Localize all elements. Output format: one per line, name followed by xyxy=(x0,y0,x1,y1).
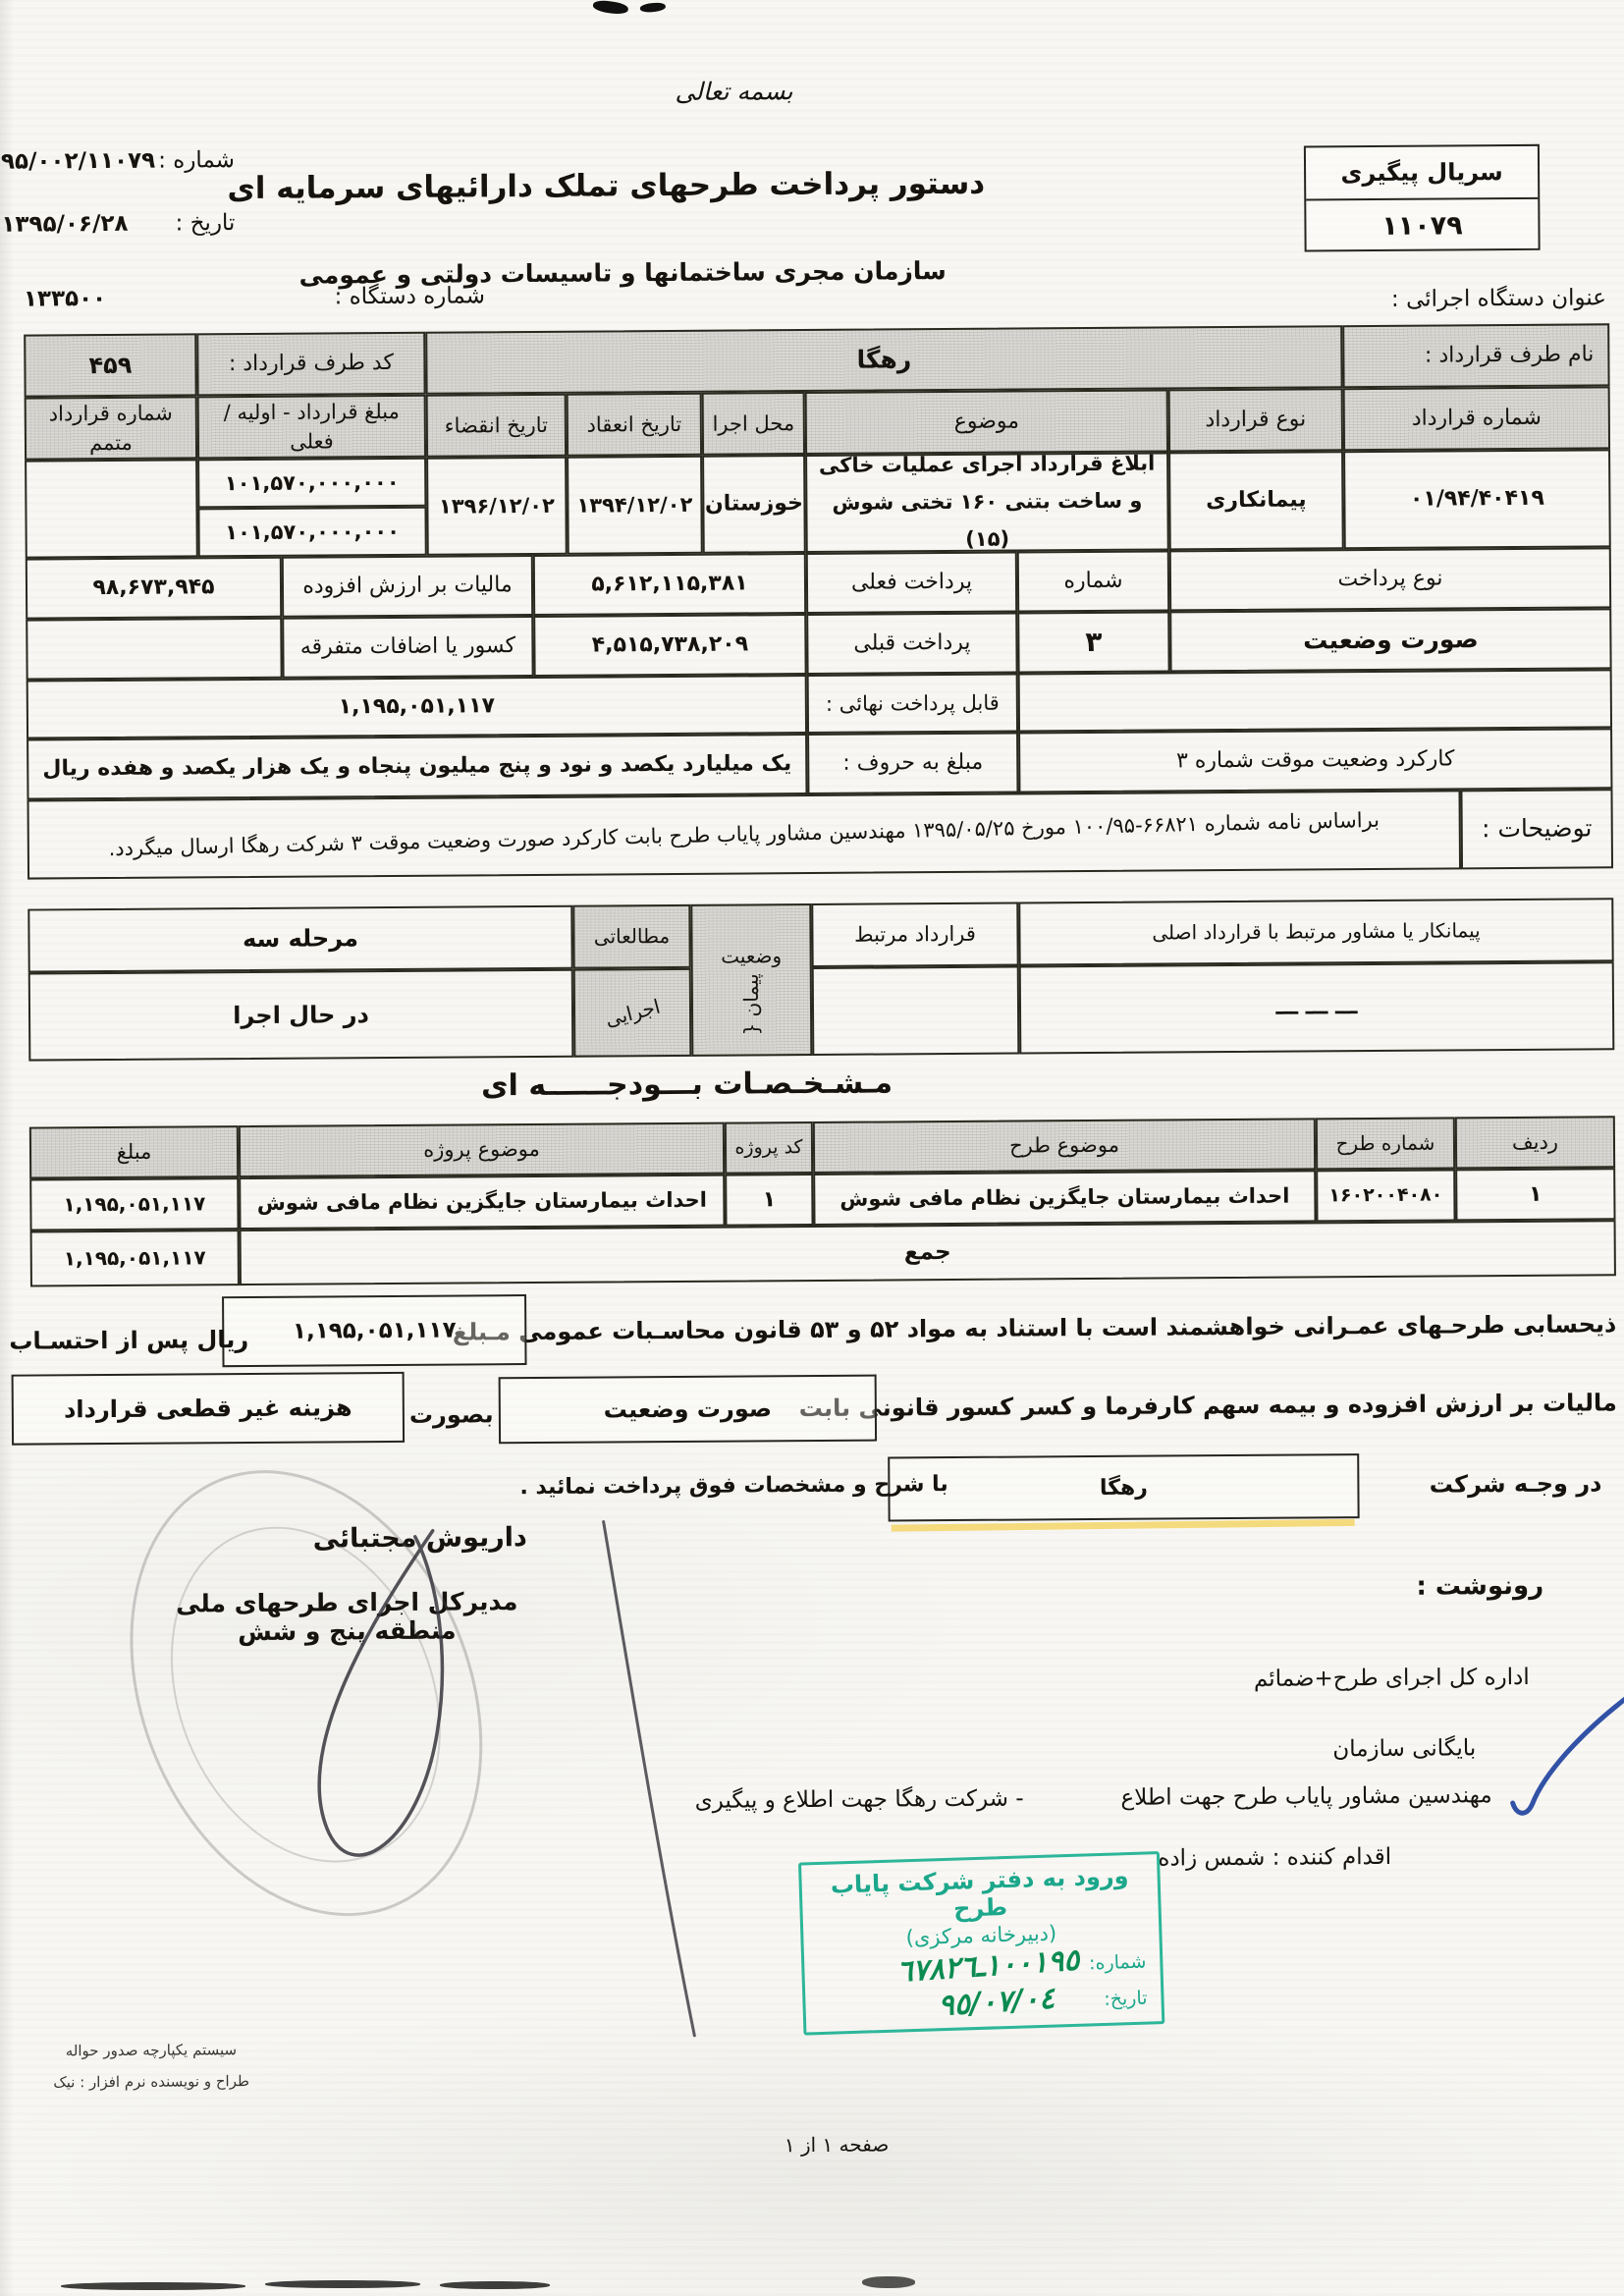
remarks-text: براساس نامه شماره ۶۶۸۲۱-۱۰۰/۹۵ مورخ ۱۳۹۵… xyxy=(43,804,1445,866)
budget-header-project-subject: موضوع پروژه xyxy=(239,1122,725,1177)
scan-artifact-bottom-3 xyxy=(440,2281,550,2289)
payment-number-header-cell: شماره xyxy=(1017,550,1169,612)
budget-header-project-code: کد پروژه xyxy=(725,1121,813,1175)
location-cell: خوزستان xyxy=(702,455,806,554)
cc-item-plan-office: اداره کل اجرای طرح+ضمائم xyxy=(1254,1665,1530,1692)
organization-title: سازمان مجری ساختمانها و تاسیسات دولتی و … xyxy=(416,256,947,289)
device-number-value: ۱۳۳۵۰۰ xyxy=(24,286,106,312)
remarks-label-cell: توضیحات : xyxy=(1460,789,1613,869)
deductions-value-cell xyxy=(26,618,282,681)
serial-tracking-label: سریال پیگیری xyxy=(1306,146,1538,201)
status-table: مرحله سه در حال اجرا مطالعاتی اجرایی وضع… xyxy=(27,898,1614,1061)
scan-artifact-bottom-2 xyxy=(265,2280,420,2288)
scan-artifact-bottom-1 xyxy=(61,2282,245,2290)
directive-line1-tail: ریال پس از احتسـاب xyxy=(9,1326,248,1355)
document-sheet: بسمه تعالی دستور پرداخت طرحهای تملک دارا… xyxy=(0,0,1624,2296)
entry-stamp-number-label: شماره: xyxy=(1089,1950,1147,1974)
subject-cell: ابلاغ قرارداد اجرای عملیات خاکی و ساخت ب… xyxy=(805,452,1169,553)
related-party-value-cell: ـــ ـــ ـــ xyxy=(1019,961,1615,1054)
header-location: محل اجرا xyxy=(702,392,805,456)
device-number-row: شماره دستگاه : ۱۳۳۵۰۰ xyxy=(24,283,485,311)
related-contract-value-cell xyxy=(812,966,1020,1056)
amount-in-words-label-cell: مبلغ به حروف : xyxy=(807,733,1018,794)
previous-payment-label-cell: پرداخت قبلی xyxy=(806,613,1017,675)
budget-amount-cell: ۱,۱۹۵,۰۵۱,۱۱۷ xyxy=(29,1177,239,1230)
pact-status-word1: وضعیت xyxy=(721,942,782,970)
contract-no-cell: ۰۱/۹۴/۴۰۴۱۹ xyxy=(1343,449,1611,549)
amount-in-words-value-cell: یک میلیارد یکصد و نود و پنج میلیون پنجاه… xyxy=(27,734,807,800)
study-label-cell: مطالعاتی xyxy=(572,904,690,969)
party-name-label-cell: نام طرف قرارداد : xyxy=(1342,323,1609,388)
statement-kind-box: صورت وضعیت xyxy=(499,1375,877,1445)
budget-title: مـشـخـصـات بـــودجــــــه ای xyxy=(411,1066,961,1104)
final-payable-value-cell: ۱,۱۹۵,۰۵۱,۱۱۷ xyxy=(27,675,807,739)
header-contract-no: شماره قرارداد xyxy=(1343,386,1610,451)
work-statement-cell: کارکرد وضعیت موقت شماره ۳ xyxy=(1018,728,1612,793)
blue-pen-checkmark xyxy=(1512,1699,1624,1813)
doc-date-value: ۱۳۹۵/۰۶/۲۸ xyxy=(1,211,128,238)
doc-number-row: شماره : ۹۵/۰۰۲/۱۱۰۷۹ xyxy=(1,147,235,175)
page-title: دستور پرداخت طرحهای تملک دارائیهای سرمای… xyxy=(317,166,985,206)
directive-line3-tail: با شرح و مشخصات فوق پرداخت نمائید . xyxy=(519,1472,947,1500)
stage-header-cell: مرحله سه xyxy=(27,905,572,973)
final-payable-label-cell: قابل پرداخت نهائی : xyxy=(807,674,1018,734)
pen-signature-tail xyxy=(604,1521,695,2037)
budget-header-plan-subject: موضوع طرح xyxy=(813,1118,1316,1174)
budget-table: مبلغ موضوع پروژه کد پروژه موضوع طرح شمار… xyxy=(29,1116,1616,1286)
agency-label: عنوان دستگاه اجرائی : xyxy=(1339,285,1606,312)
pact-status-cell: وضعیت پیمان { xyxy=(690,903,812,1057)
cc-item-rahga-company: - شرکت رهگا جهت اطلاع و پیگیری xyxy=(695,1786,1024,1814)
header-signing-date: تاریخ انعقاد xyxy=(567,393,702,457)
signing-date-cell: ۱۳۹۴/۱۲/۰۲ xyxy=(567,456,703,555)
amount-current-cell: ۱۰۱,۵۷۰,۰۰۰,۰۰۰ xyxy=(197,507,426,558)
scan-artifact-bottom-4 xyxy=(862,2276,915,2288)
directive-amount-box: ۱,۱۹۵,۰۵۱,۱۱۷ xyxy=(222,1294,526,1367)
page-number: صفحه ۱ از ۱ xyxy=(768,2132,905,2157)
current-payment-label-cell: پرداخت فعلی xyxy=(806,552,1017,614)
budget-plan-subject-cell: احداث بیمارستان جایگزین نظام مافی شوش xyxy=(813,1170,1316,1226)
doc-date-label: تاریخ : xyxy=(175,210,235,236)
doc-number-value: ۹۵/۰۰۲/۱۱۰۷۹ xyxy=(1,148,155,175)
header-contract-type: نوع قرارداد xyxy=(1168,388,1343,452)
entry-stamp: ورود به دفتر شرکت پایاب طرح (دبیرخانه مر… xyxy=(798,1851,1164,2035)
deductions-label-cell: کسور یا اضافات متفرقه xyxy=(282,616,533,679)
expense-kind-box: هزینه غیر قطعی قرارداد xyxy=(12,1372,405,1446)
exec-label-cell: اجرایی xyxy=(573,968,692,1058)
doc-date-row: تاریخ : ۱۳۹۵/۰۶/۲۸ xyxy=(1,210,235,238)
cc-label: رونوشت : xyxy=(1416,1571,1543,1602)
doc-number-label: شماره : xyxy=(158,147,235,174)
party-code-value-cell: ۴۵۹ xyxy=(24,333,196,397)
budget-header-row-no: ردیف xyxy=(1455,1116,1615,1169)
budget-row-no-cell: ۱ xyxy=(1455,1168,1615,1221)
related-contract-header-cell: قرارداد مرتبط xyxy=(811,902,1018,967)
budget-header-plan-no: شماره طرح xyxy=(1316,1117,1455,1170)
amount-initial-cell: ۱۰۱,۵۷۰,۰۰۰,۰۰۰ xyxy=(197,458,426,509)
pact-status-word2: پیمان { xyxy=(737,973,766,1035)
entry-stamp-date-value: ٩٥/٠٧/٠٤ xyxy=(938,1981,1056,2023)
budget-total-amount-cell: ۱,۱۹۵,۰۵۱,۱۱۷ xyxy=(30,1230,240,1286)
serial-tracking-box: سریال پیگیری ۱۱۰۷۹ xyxy=(1304,144,1541,252)
budget-plan-no-cell: ۱۶۰۲۰۰۴۰۸۰ xyxy=(1316,1169,1455,1222)
payment-type-header-cell: نوع پرداخت xyxy=(1169,547,1611,611)
supplement-no-value-cell xyxy=(25,459,198,558)
remarks-text-cell: براساس نامه شماره ۶۶۸۲۱-۱۰۰/۹۵ مورخ ۱۳۹۵… xyxy=(27,790,1462,879)
budget-project-subject-cell: احداث بیمارستان جایگزین نظام مافی شوش xyxy=(239,1175,725,1230)
payment-number-value-cell: ۳ xyxy=(1017,611,1169,673)
serial-tracking-value: ۱۱۰۷۹ xyxy=(1306,199,1538,252)
cc-item-consultant: مهندسین مشاور پایاب طرح جهت اطلاع xyxy=(1120,1782,1491,1811)
budget-project-code-cell: ۱ xyxy=(725,1174,813,1227)
header-contract-amount: مبلغ قرارداد - اولیه / فعلی xyxy=(197,395,426,460)
vat-label-cell: مالیات بر ارزش افزوده xyxy=(282,555,533,618)
scan-artifact-top-2 xyxy=(640,2,667,13)
cc-item-archive: بایگانی سازمان xyxy=(1332,1735,1476,1762)
related-party-header-cell: پیمانکار یا مشاور مرتبط با قرارداد اصلی xyxy=(1018,898,1613,965)
payment-type-value-cell: صورت وضعیت xyxy=(1169,608,1611,672)
entry-stamp-line1: ورود به دفتر شرکت پایاب طرح xyxy=(801,1861,1159,1927)
contract-type-cell: پیمانکاری xyxy=(1168,451,1344,550)
directive-line2-text: مالیات بر ارزش افزوده و بیمه سهم کارفرما… xyxy=(799,1389,1617,1422)
exec-label: اجرایی xyxy=(602,992,663,1033)
contract-table: ۴۵۹ کد طرف قرارداد : رهگا نام طرف قراردا… xyxy=(24,323,1613,879)
entry-stamp-date-label: تاریخ: xyxy=(1104,1987,1148,2009)
party-code-label-cell: کد طرف قرارداد : xyxy=(196,332,425,397)
scanned-payment-order-page: بسمه تعالی دستور پرداخت طرحهای تملک دارا… xyxy=(0,0,1624,2296)
previous-payment-value-cell: ۴,۵۱۵,۷۳۸,۲۰۹ xyxy=(533,614,806,677)
expiry-date-cell: ۱۳۹۶/۱۲/۰۲ xyxy=(426,457,568,556)
header-expiry-date: تاریخ انقضاء xyxy=(426,394,567,458)
current-payment-value-cell: ۵,۶۱۲,۱۱۵,۳۸۱ xyxy=(533,553,806,616)
footer-system-line2: طراح و نویسنده نرم افزار : نیک xyxy=(36,2072,267,2092)
basmala: بسمه تعالی xyxy=(635,77,832,106)
header-supplement-no: شماره قرارداد متمم xyxy=(25,396,197,460)
header-subject: موضوع xyxy=(805,389,1168,455)
budget-total-label-cell: جمع xyxy=(240,1220,1616,1285)
footer-system-line1: سیستم یکپارچه صدور حواله xyxy=(45,2041,256,2060)
party-name-value-cell: رهگا xyxy=(425,325,1342,395)
scan-artifact-top-1 xyxy=(592,0,628,16)
payee-company-box: رهگا xyxy=(888,1453,1359,1521)
payment-empty-merged-cell xyxy=(1018,669,1612,732)
vat-value-cell: ۹۸,۶۷۳,۹۴۵ xyxy=(26,557,282,620)
directive-line1-text: ذیحسابی طرحـهای عمـرانی خواهشمند است با … xyxy=(453,1310,1617,1345)
directive-besoorat: بصورت xyxy=(409,1400,494,1429)
budget-header-amount: مبلغ xyxy=(29,1125,239,1178)
cc-item-handler: اقدام کننده : شمس زاده xyxy=(1158,1844,1391,1872)
directive-line3-text: در وجـه شرکت xyxy=(1430,1469,1602,1498)
device-number-label: شماره دستگاه : xyxy=(335,283,486,309)
stage-value-cell: در حال اجرا xyxy=(28,969,574,1062)
